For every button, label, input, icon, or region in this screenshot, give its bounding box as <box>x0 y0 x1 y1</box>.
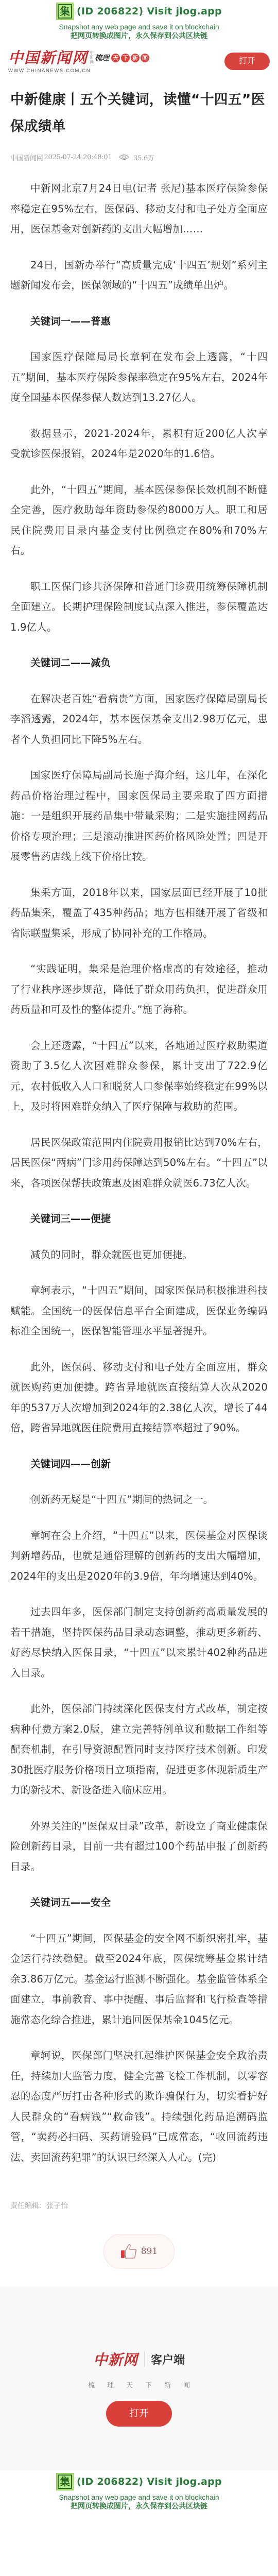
like-section: 891 <box>10 2223 268 2280</box>
article-paragraph: 集采方面，2018年以来，国家层面已经开展了10批药品集采，覆盖了435种药品；… <box>10 883 268 944</box>
article-paragraph: 职工医保门诊共济保障和普通门诊费用统筹保障机制全面建立。长期护理保险制度试点深入… <box>10 577 268 638</box>
responsible-editor: 责任编辑：张子怡 <box>10 2200 268 2213</box>
jlog-banner-bottom: 集 (ID 206822) Visit jlog.app Snapshot an… <box>0 2470 278 2513</box>
app-brand: 中新网 客户端 <box>0 2349 278 2369</box>
logo-vertical-text: 中新网 <box>90 50 95 64</box>
section-heading: 关键词一——普惠 <box>10 311 268 332</box>
article-paragraph: 减负的同时，群众就医也更加便捷。 <box>10 1245 268 1265</box>
article-paragraph: 章轲在会上介绍，“十四五”以来，医保基金对医保谈判新增药品，也就是通俗理解的创新… <box>10 1526 268 1587</box>
section-heading: 关键词三——便捷 <box>10 1209 268 1229</box>
jlog-mark-glyph: 集 <box>58 2475 72 2489</box>
section-heading: 关键词二——减负 <box>10 653 268 673</box>
article-paragraph: 会上还透露，“十四五”以来，各地通过医疗救助渠道资助了3.5亿人次困难群众参保，… <box>10 1036 268 1117</box>
jlog-mark-glyph: 集 <box>58 4 72 19</box>
article-paragraph: 过去四年多，医保部门制定支持创新药高质量发展的若干措施，坚持医保药品目录动态调整… <box>10 1602 268 1683</box>
chinanews-logo[interactable]: 中国新闻网 中新网 WWW.CHINANEWS.COM.CN <box>8 48 95 74</box>
header-slogan: 梳理 天 下 新 闻 <box>95 53 149 63</box>
thumbs-up-icon <box>120 2244 137 2259</box>
slogan-script: 梳理 <box>95 53 109 63</box>
article-paragraph: “十四五”期间，医保基金的安全网不断织密扎牢，基金运行持续稳健。截至2024年底… <box>10 1928 268 2030</box>
article-meta: 中国新闻网 2025-07-24 20:48:01 35.6万 <box>10 150 268 164</box>
article-datetime: 2025-07-24 20:48:01 <box>44 154 112 161</box>
view-count: 35.6万 <box>133 152 154 162</box>
article-paragraph: 数据显示，2021-2024年，累积有近200亿人次享受就诊医保报销，2024年… <box>10 423 268 464</box>
like-count: 891 <box>141 2246 158 2257</box>
article: 中新健康丨五个关键词，读懂“十四五”医保成绩单 中国新闻网 2025-07-24… <box>0 87 278 2280</box>
jlog-banner-top: 集 (ID 206822) Visit jlog.app Snapshot an… <box>0 0 278 43</box>
article-paragraph: 国家医疗保障局局长章轲在发布会上透露，“十四五”期间，基本医疗保险参保率稳定在9… <box>10 347 268 408</box>
jlog-id-link[interactable]: (ID 206822) Visit jlog.app <box>77 2476 222 2487</box>
article-title: 中新健康丨五个关键词，读懂“十四五”医保成绩单 <box>10 87 268 140</box>
app-logo: 中新网 <box>93 2349 138 2369</box>
section-heading: 关键词五——安全 <box>10 1892 268 1913</box>
article-body: 中新网北京7月24日电(记者 张尼)基本医疗保险参保率稳定在95%左右，医保码、… <box>10 178 268 2167</box>
article-paragraph: 国家医疗保障局副局长施子海介绍，这几年，在深化药品价格治理过程中，国家医保局主要… <box>10 765 268 867</box>
jlog-logo-icon: 集 <box>56 3 74 20</box>
slogan-dot: 闻 <box>141 54 149 62</box>
slogan-dot: 天 <box>111 54 120 62</box>
jlog-logo-icon: 集 <box>56 2473 74 2490</box>
article-paragraph: 外界关注的“医保双目录”改革，新设立了商业健康保险创新药目录，目前一共有超过10… <box>10 1816 268 1877</box>
article-paragraph: 章轲表示，“十四五”期间，国家医保局积极推进科技赋能。全国统一的医保信息平台全面… <box>10 1280 268 1342</box>
article-paragraph: 创新药无疑是“十四五”期间的热词之一。 <box>10 1489 268 1510</box>
open-app-button-top[interactable]: 打开 <box>224 53 270 70</box>
logo-url: WWW.CHINANEWS.COM.CN <box>8 68 95 74</box>
jlog-subtitle-en: Snapshot any web page and save it on blo… <box>0 23 278 31</box>
article-paragraph: 此外，“十四五”期间，基本医保参保长效机制不断健全完善，医疗救助每年资助参保约8… <box>10 480 268 561</box>
app-download-footer: 中新网 客户端 梳理天下新闻 打开 <box>0 2287 278 2470</box>
section-heading: 关键词四——创新 <box>10 1454 268 1475</box>
eye-icon <box>119 154 129 161</box>
article-source: 中国新闻网 <box>10 152 43 162</box>
article-paragraph: “实践证明，集采是治理价格虚高的有效途径，推动了行业秩序逐步规范，降低了群众用药… <box>10 959 268 1020</box>
article-paragraph: 章轲说，医保部门坚决扛起维护医保基金安全政治责任，持续加大监管力度，健全完善飞检… <box>10 2045 268 2167</box>
slogan-dot: 新 <box>131 54 140 62</box>
article-paragraph: 此外，医保码、移动支付和电子处方全面应用，群众就医购药更加便捷。跨省异地就医直接… <box>10 1357 268 1438</box>
like-button[interactable]: 891 <box>103 2234 175 2269</box>
article-paragraph: 在解决老百姓“看病贵”方面，国家医疗保障局副局长李滔透露，2024年，基本医保基… <box>10 689 268 750</box>
article-paragraph: 24日，国新办举行“高质量完成‘十四五’规划”系列主题新闻发布会，医保领域的“十… <box>10 255 268 296</box>
article-paragraph: 此外，医保部门持续深化医保支付方式改革，制定按病种付费方案2.0版，建立完善特例… <box>10 1699 268 1801</box>
jlog-subtitle-cn: 把网页转换成图片，永久保存到公共区块链 <box>0 2502 278 2511</box>
article-paragraph: 居民医保政策范围内住院费用报销比达到70%左右，居民医保“两病”门诊用药保障达到… <box>10 1132 268 1194</box>
open-app-button-bottom[interactable]: 打开 <box>106 2401 172 2427</box>
jlog-subtitle-cn: 把网页转换成图片，永久保存到公共区块链 <box>0 31 278 41</box>
site-header: 中国新闻网 中新网 WWW.CHINANEWS.COM.CN 梳理 天 下 新 … <box>0 43 278 84</box>
app-slogan: 梳理天下新闻 <box>0 2380 278 2389</box>
jlog-subtitle-en: Snapshot any web page and save it on blo… <box>0 2493 278 2502</box>
article-paragraph: 中新网北京7月24日电(记者 张尼)基本医疗保险参保率稳定在95%左右，医保码、… <box>10 178 268 240</box>
brand-divider <box>144 2351 145 2367</box>
logo-text: 中国新闻网 <box>8 48 88 67</box>
slogan-dot: 下 <box>121 54 130 62</box>
jlog-id-link[interactable]: (ID 206822) Visit jlog.app <box>77 6 222 17</box>
app-name: 客户端 <box>151 2351 185 2367</box>
